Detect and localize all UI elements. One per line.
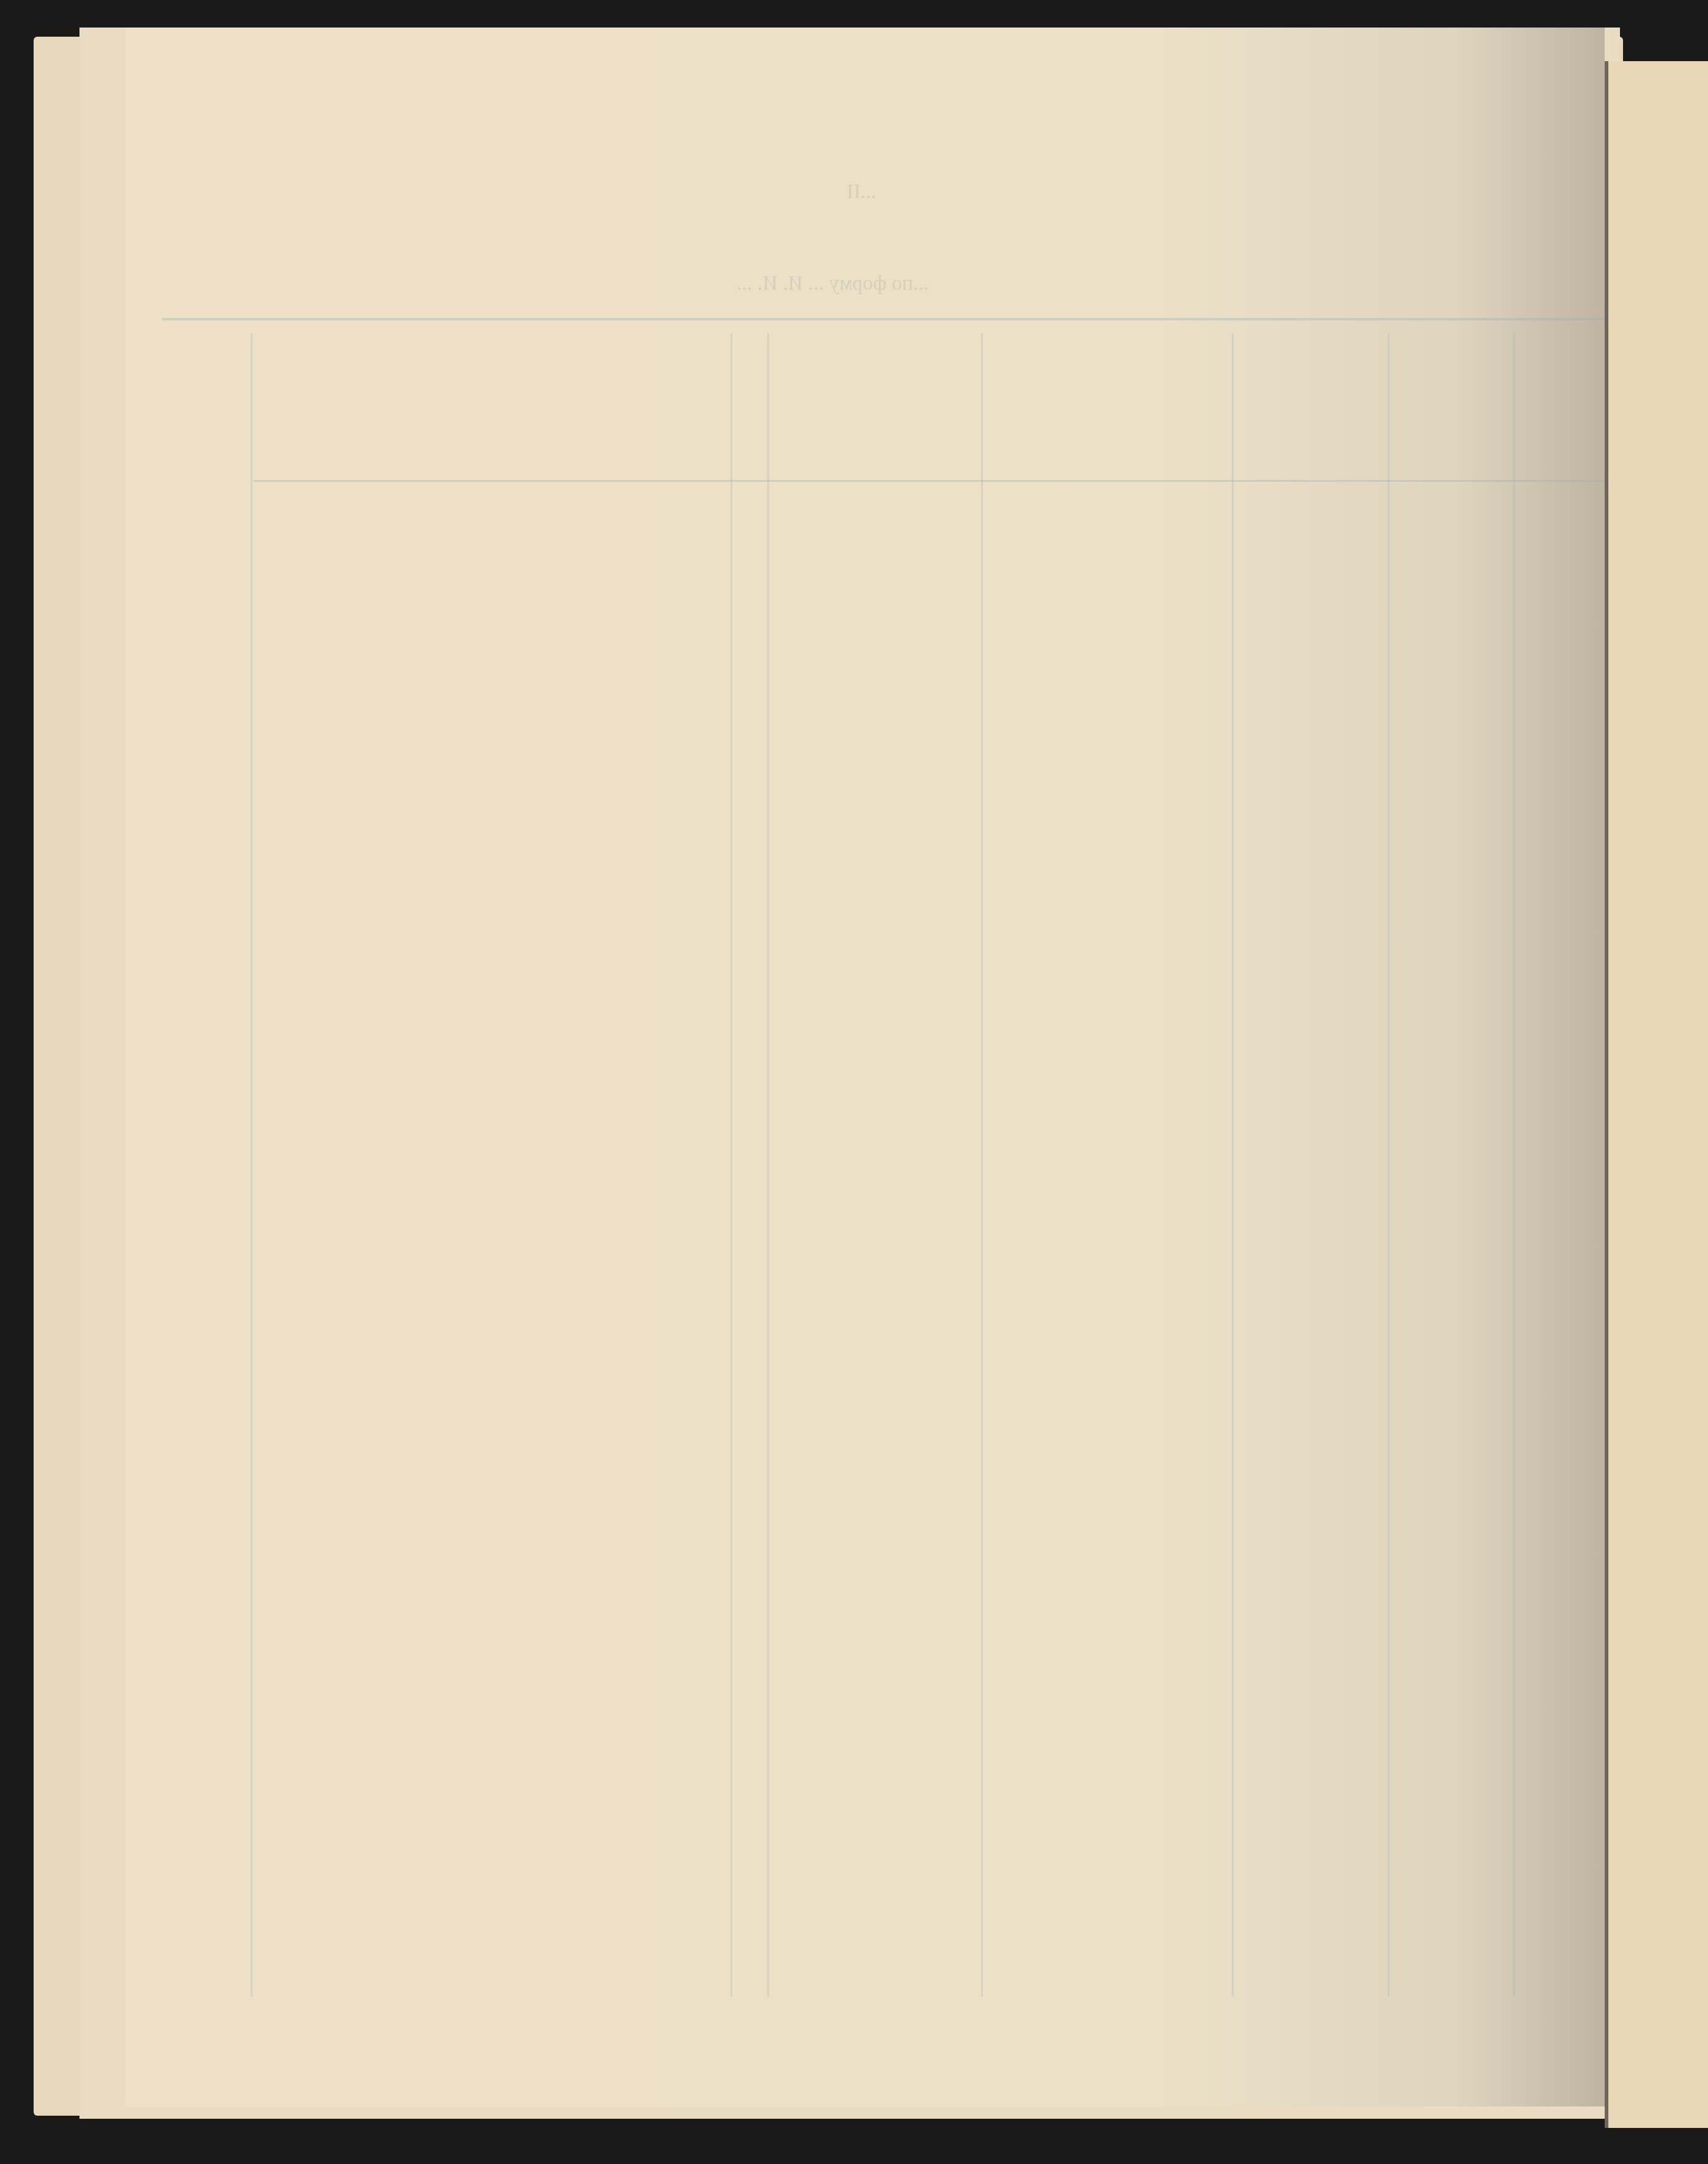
table-col-line (731, 333, 732, 1996)
table-col-line (1232, 333, 1234, 1996)
table-top-rule (162, 318, 1605, 320)
table-col-line (767, 333, 769, 1996)
show-through-header: ...II (847, 180, 876, 204)
facing-page-edge (1605, 61, 1708, 2128)
table-col-line (1513, 333, 1515, 1996)
book-page: ...II ...по форму ... И. И. ... (125, 28, 1605, 2107)
show-through-title: ...по форму ... И. И. ... (737, 272, 929, 295)
table-col-line (981, 333, 983, 1996)
table-col-line (1388, 333, 1390, 1996)
table-header-rule (254, 480, 1605, 482)
table-col-line (251, 333, 252, 1996)
